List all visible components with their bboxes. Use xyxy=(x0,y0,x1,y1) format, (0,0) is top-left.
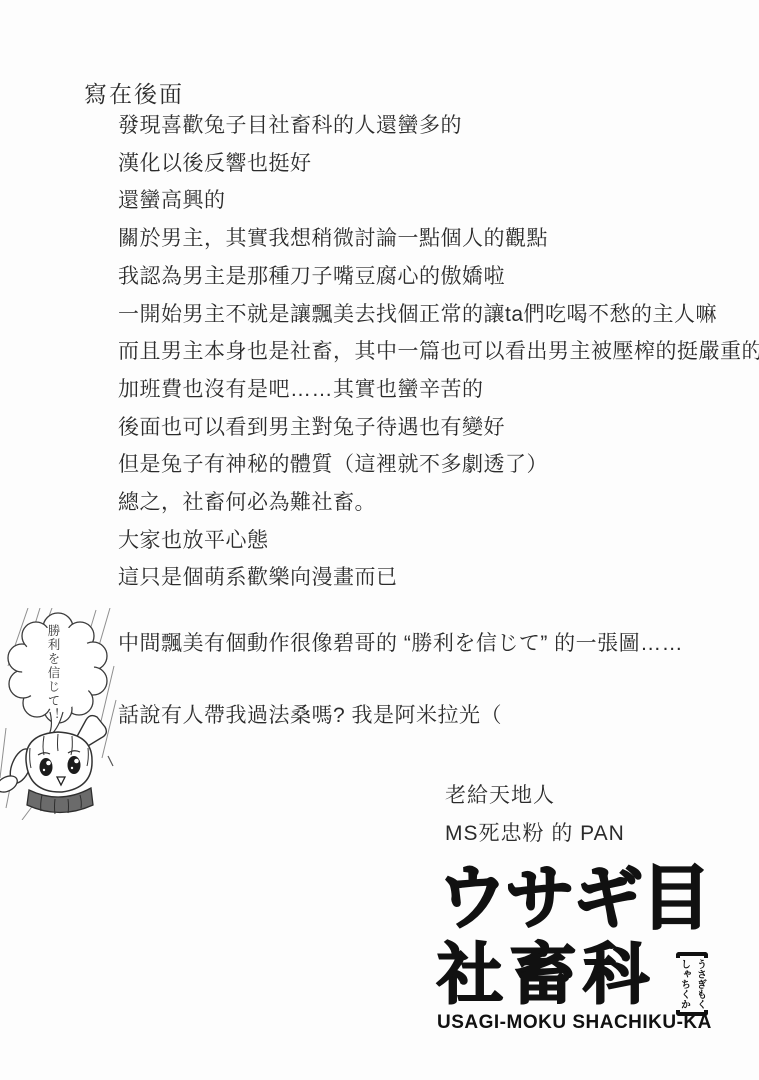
signature-line-1: 老給天地人 xyxy=(445,777,625,815)
signature-line-2: MS死忠粉 的 PAN xyxy=(445,815,625,853)
body-line: 但是兔子有神秘的體質（這裡就不多劇透了） xyxy=(118,446,738,484)
body-line: 加班費也沒有是吧……其實也蠻辛苦的 xyxy=(118,371,738,409)
body-line: 一開始男主不就是讓飄美去找個正常的讓ta們吃喝不愁的主人嘛 xyxy=(118,296,738,334)
body-line: 後面也可以看到男主對兔子待遇也有變好 xyxy=(118,409,738,447)
series-logo: ウサギ目 社畜科 うさぎもく しゃちくか USAGI-MOKU SHACHIKU… xyxy=(437,858,737,1034)
body-line: 還蠻高興的 xyxy=(118,182,738,220)
logo-title-row-1: ウサギ目 xyxy=(437,858,737,938)
body-line: 關於男主，其實我想稍微討論一點個人的觀點 xyxy=(118,220,738,258)
logo-furigana: うさぎもく しゃちくか xyxy=(670,952,714,1016)
signature-block: 老給天地人 MS死忠粉 的 PAN xyxy=(445,777,625,853)
note-line-pekora-reference: 中間飄美有個動作很像碧哥的 “勝利を信じて” 的一張圖…… xyxy=(118,627,683,657)
speech-bubble-text: 勝利を信じて！ xyxy=(44,624,62,728)
furigana-column-left: しゃちくか xyxy=(677,959,692,1009)
body-line: 而且男主本身也是社畜，其中一篇也可以看出男主被壓榨的挺嚴重的 xyxy=(118,333,738,371)
chibi-rabbit-girl-icon xyxy=(0,716,113,814)
body-line: 這只是個萌系歡樂向漫畫而已 xyxy=(118,559,738,597)
body-line: 總之，社畜何必為難社畜。 xyxy=(118,484,738,522)
note-line-translator-aside: 話說有人帶我過法桑嗎? 我是阿米拉光（ xyxy=(118,699,502,729)
body-line: 發現喜歡兔子目社畜科的人還蠻多的 xyxy=(118,107,738,145)
furigana-bracket-close-icon xyxy=(676,1010,708,1016)
page-title: 寫在後面 xyxy=(84,76,184,109)
afterword-body-text: 發現喜歡兔子目社畜科的人還蠻多的 漢化以後反響也挺好 還蠻高興的 關於男主，其實… xyxy=(118,107,738,597)
body-line: 漢化以後反響也挺好 xyxy=(118,145,738,183)
furigana-column-right: うさぎもく xyxy=(693,959,708,1009)
body-line: 我認為男主是那種刀子嘴豆腐心的傲嬌啦 xyxy=(118,258,738,296)
manga-afterword-page: { "page": { "title": "寫在後面", "background… xyxy=(0,0,759,1080)
body-line: 大家也放平心態 xyxy=(118,522,738,560)
